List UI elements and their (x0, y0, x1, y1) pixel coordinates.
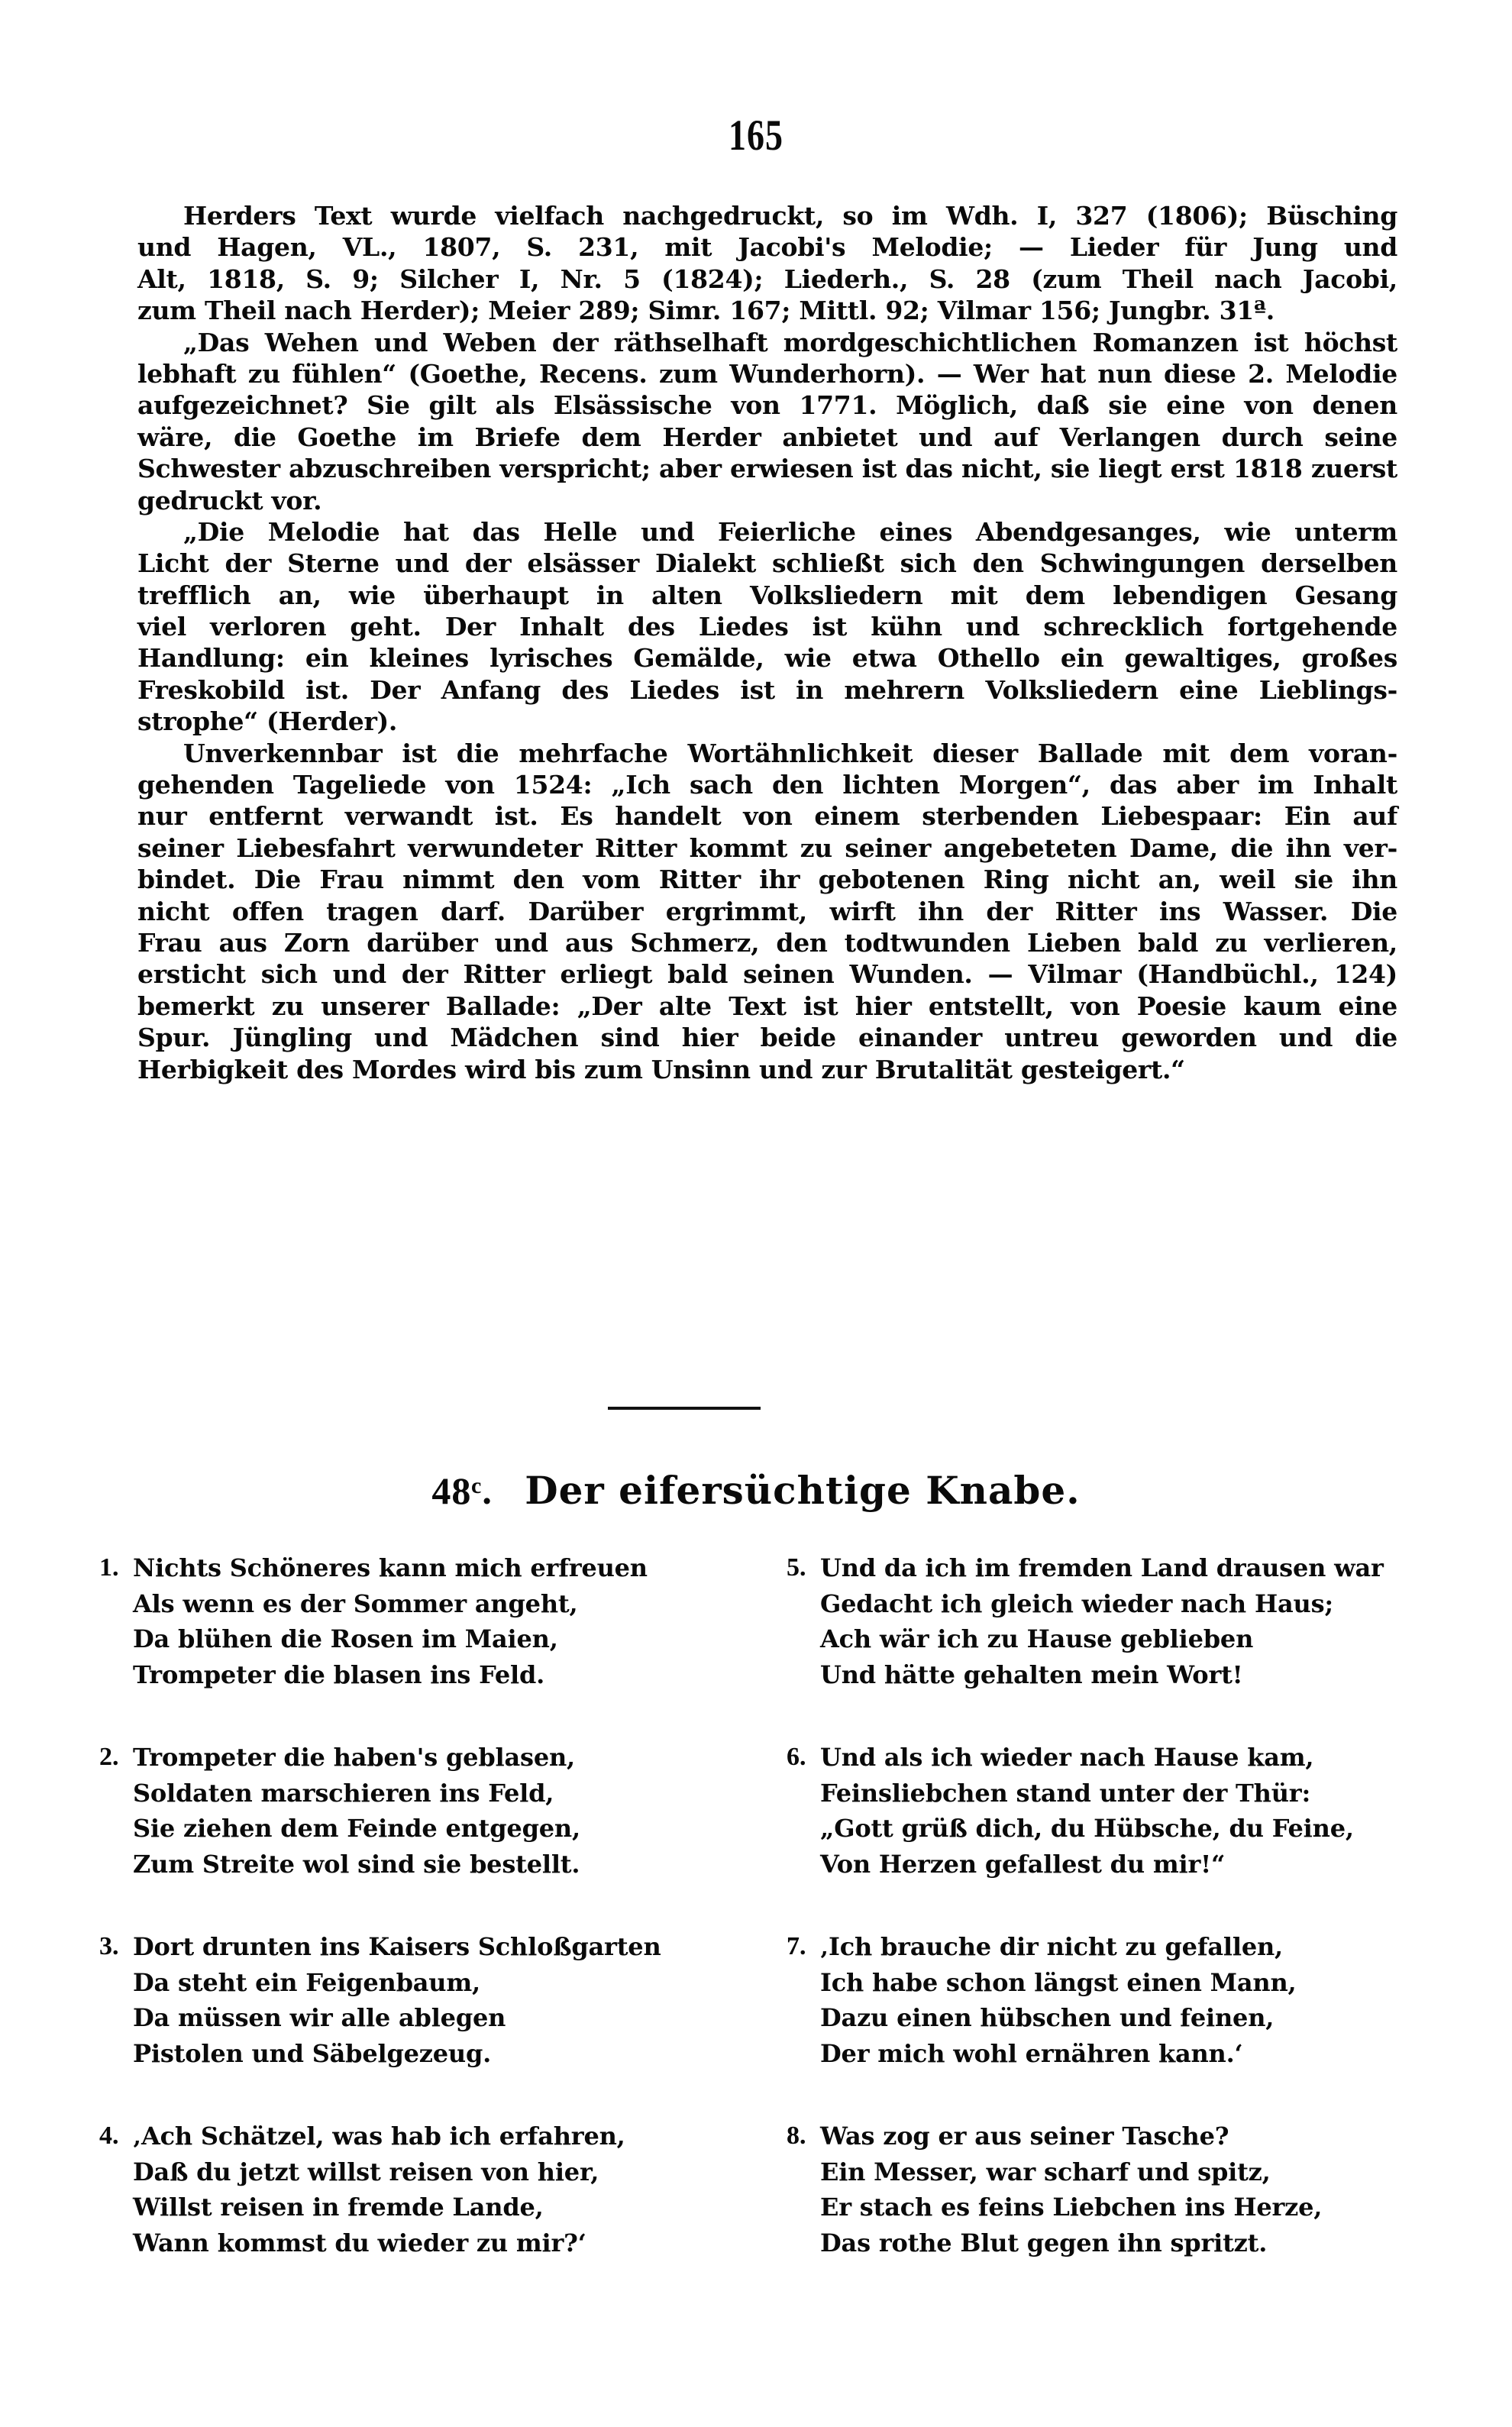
stanza: 7.‚Ich brauche dir nicht zu gefallen,Ich… (787, 1929, 1413, 2071)
stanza-number: 2. (99, 1740, 119, 1775)
verse-line: Gedacht ich gleich wieder nach Haus; (820, 1586, 1413, 1622)
verse-line: Soldaten marschieren ins Feld, (133, 1776, 733, 1811)
text-line: und Hagen, VL., 1807, S. 231, mit Jacobi… (137, 231, 1397, 263)
text-line: Alt, 1818, S. 9; Silcher I, Nr. 5 (1824)… (137, 263, 1397, 295)
poem-column-right: 5.Und da ich im fremden Land drausen war… (787, 1550, 1413, 2308)
verse-line: Zum Streite wol sind sie bestellt. (133, 1847, 733, 1882)
verse-line: Als wenn es der Sommer angeht, (133, 1586, 733, 1622)
commentary-text: Herders Text wurde vielfach nachgedruckt… (137, 200, 1397, 1085)
text-line: „Das Wehen und Weben der räthselhaft mor… (137, 327, 1397, 358)
verse-line: Ich habe schon längst einen Mann, (820, 1965, 1413, 2001)
text-line: Herbigkeit des Mordes wird bis zum Unsin… (137, 1054, 1397, 1085)
stanza-number: 7. (787, 1929, 806, 1964)
verse-line: Daß du jetzt willst reisen von hier, (133, 2154, 733, 2190)
song-title: Der eifersüchtige Knabe. (525, 1468, 1080, 1513)
stanza: 4.‚Ach Schätzel, was hab ich erfahren,Da… (99, 2118, 733, 2261)
text-line: Unverkennbar ist die mehrfache Wortähnli… (137, 738, 1397, 769)
verse-line: Und hätte gehalten mein Wort! (820, 1657, 1413, 1693)
verse-line: Da steht ein Feigenbaum, (133, 1965, 733, 2001)
verse-line: Dort drunten ins Kaisers Schloßgarten (133, 1929, 733, 1965)
stanza: 3.Dort drunten ins Kaisers SchloßgartenD… (99, 1929, 733, 2071)
verse-line: Was zog er aus seiner Tasche? (820, 2118, 1413, 2154)
verse-line: Da müssen wir alle ablegen (133, 2000, 733, 2036)
song-number: 48ᶜ. (431, 1469, 492, 1512)
verse-line: Das rothe Blut gegen ihn spritzt. (820, 2225, 1413, 2261)
verse-line: Feinsliebchen stand unter der Thür: (820, 1776, 1413, 1811)
text-line: Spur. Jüngling und Mädchen sind hier bei… (137, 1022, 1397, 1053)
stanza-number: 4. (99, 2118, 119, 2154)
song-heading: 48ᶜ. Der eifersüchtige Knabe. (0, 1468, 1512, 1513)
stanza-number: 8. (787, 2118, 806, 2154)
text-line: bemerkt zu unserer Ballade: „Der alte Te… (137, 991, 1397, 1022)
text-line: Herders Text wurde vielfach nachgedruckt… (137, 200, 1397, 231)
stanza-number: 1. (99, 1550, 119, 1585)
verse-line: Da blühen die Rosen im Maien, (133, 1621, 733, 1657)
text-line: wäre, die Goethe im Briefe dem Herder an… (137, 422, 1397, 453)
stanza: 1.Nichts Schöneres kann mich erfreuenAls… (99, 1550, 733, 1692)
verse-line: Pistolen und Säbelgezeug. (133, 2036, 733, 2072)
section-divider (608, 1407, 761, 1410)
verse-line: Willst reisen in fremde Lande, (133, 2189, 733, 2225)
stanza: 2.Trompeter die haben's geblasen,Soldate… (99, 1740, 733, 1882)
paragraph: Unverkennbar ist die mehrfache Wortähnli… (137, 738, 1397, 1085)
stanza: 8.Was zog er aus seiner Tasche?Ein Messe… (787, 2118, 1413, 2261)
text-line: zum Theil nach Herder); Meier 289; Simr.… (137, 295, 1397, 326)
verse-line: Trompeter die haben's geblasen, (133, 1740, 733, 1776)
text-line: Schwester abzuschreiben verspricht; aber… (137, 453, 1397, 484)
text-line: viel verloren geht. Der Inhalt des Liede… (137, 611, 1397, 642)
verse-line: Sie ziehen dem Feinde entgegen, (133, 1811, 733, 1847)
text-line: ersticht sich und der Ritter erliegt bal… (137, 958, 1397, 990)
text-line: „Die Melodie hat das Helle und Feierlich… (137, 516, 1397, 548)
text-line: gehenden Tageliede von 1524: „Ich sach d… (137, 769, 1397, 800)
paragraph: „Das Wehen und Weben der räthselhaft mor… (137, 327, 1397, 516)
verse-line: „Gott grüß dich, du Hübsche, du Feine, (820, 1811, 1413, 1847)
verse-line: Und als ich wieder nach Hause kam, (820, 1740, 1413, 1776)
verse-line: Wann kommst du wieder zu mir?‘ (133, 2225, 733, 2261)
verse-line: Trompeter die blasen ins Feld. (133, 1657, 733, 1693)
stanza-number: 5. (787, 1550, 806, 1585)
verse-line: Dazu einen hübschen und feinen, (820, 2000, 1413, 2036)
stanza-number: 3. (99, 1929, 119, 1964)
verse-line: Er stach es feins Liebchen ins Herze, (820, 2189, 1413, 2225)
paragraph: „Die Melodie hat das Helle und Feierlich… (137, 516, 1397, 738)
text-line: trefflich an, wie überhaupt in alten Vol… (137, 580, 1397, 611)
text-line: Licht der Sterne und der elsässer Dialek… (137, 548, 1397, 579)
text-line: aufgezeichnet? Sie gilt als Elsässische … (137, 389, 1397, 421)
text-line: Freskobild ist. Der Anfang des Liedes is… (137, 674, 1397, 706)
text-line: Handlung: ein kleines lyrisches Gemälde,… (137, 642, 1397, 674)
verse-line: Von Herzen gefallest du mir!“ (820, 1847, 1413, 1882)
verse-line: Ein Messer, war scharf und spitz, (820, 2154, 1413, 2190)
verse-line: ‚Ich brauche dir nicht zu gefallen, (820, 1929, 1413, 1965)
text-line: nicht offen tragen darf. Darüber ergrimm… (137, 896, 1397, 927)
text-line: Frau aus Zorn darüber und aus Schmerz, d… (137, 927, 1397, 958)
stanza: 6.Und als ich wieder nach Hause kam,Fein… (787, 1740, 1413, 1882)
verse-line: Ach wär ich zu Hause geblieben (820, 1621, 1413, 1657)
text-line: gedruckt vor. (137, 485, 1397, 516)
text-line: bindet. Die Frau nimmt den vom Ritter ih… (137, 864, 1397, 895)
stanza-number: 6. (787, 1740, 806, 1775)
verse-line: Der mich wohl ernähren kann.‘ (820, 2036, 1413, 2072)
text-line: nur entfernt verwandt ist. Es handelt vo… (137, 800, 1397, 832)
text-line: lebhaft zu fühlen“ (Goethe, Recens. zum … (137, 358, 1397, 389)
text-line: seiner Liebesfahrt verwundeter Ritter ko… (137, 832, 1397, 864)
page-number: 165 (0, 109, 1512, 160)
paragraph: Herders Text wurde vielfach nachgedruckt… (137, 200, 1397, 327)
stanza: 5.Und da ich im fremden Land drausen war… (787, 1550, 1413, 1692)
verse-line: Nichts Schöneres kann mich erfreuen (133, 1550, 733, 1586)
verse-line: Und da ich im fremden Land drausen war (820, 1550, 1413, 1586)
verse-line: ‚Ach Schätzel, was hab ich erfahren, (133, 2118, 733, 2154)
text-line: strophe“ (Herder). (137, 706, 1397, 737)
poem-column-left: 1.Nichts Schöneres kann mich erfreuenAls… (99, 1550, 733, 2308)
